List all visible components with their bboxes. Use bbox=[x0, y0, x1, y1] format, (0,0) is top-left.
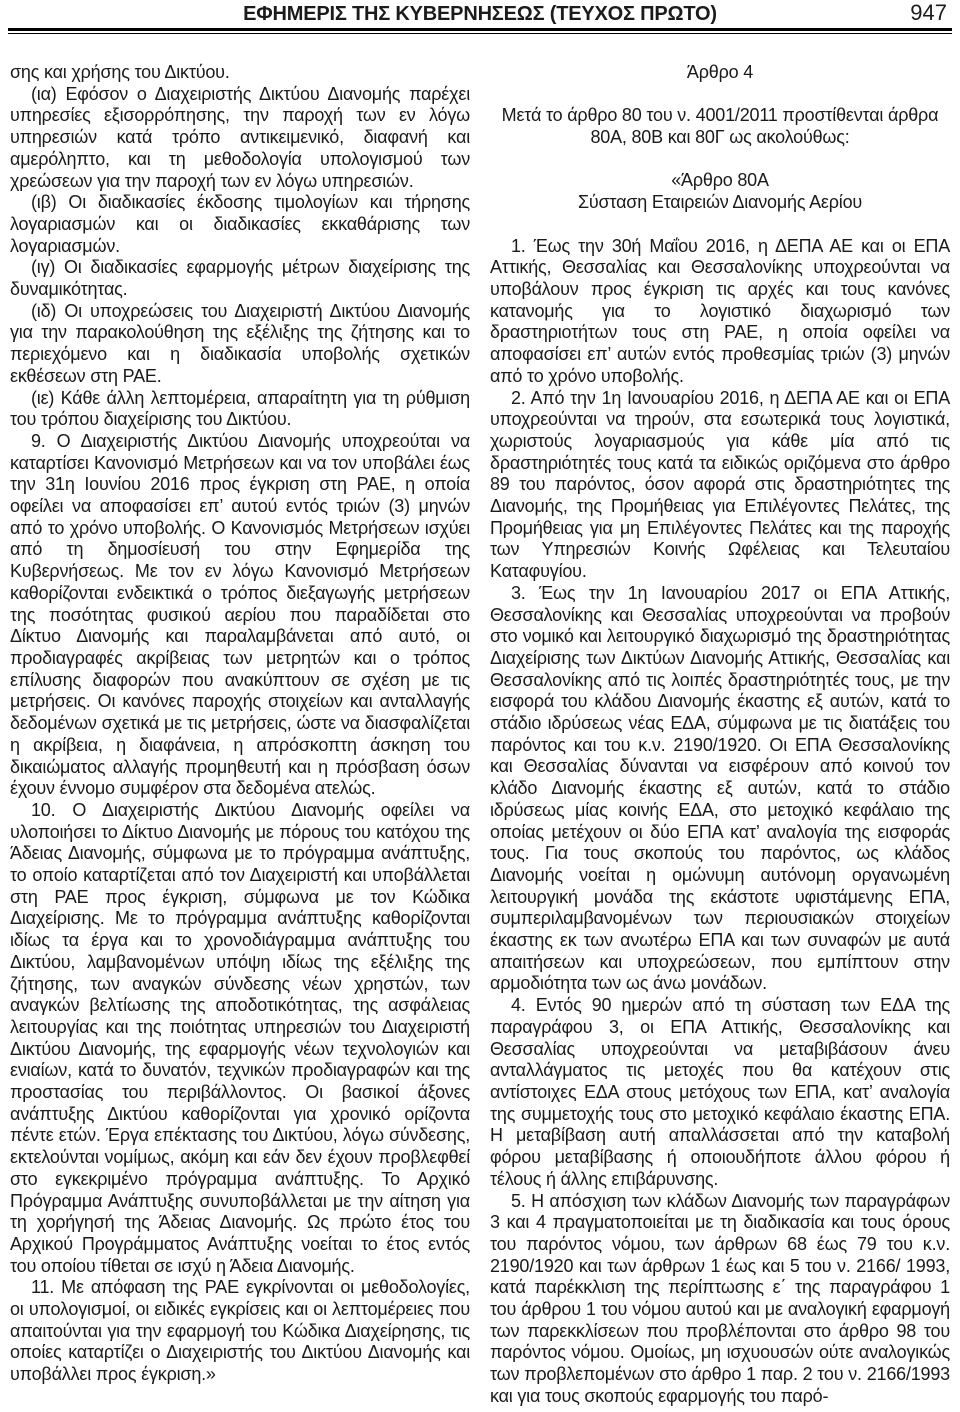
article-80a-subtitle: Σύσταση Εταιρειών Διανομής Αερίου bbox=[490, 192, 950, 214]
paragraph-4: 4. Εντός 90 ημερών από τη σύσταση των ΕΔ… bbox=[490, 995, 950, 1190]
left-text-column: σης και χρήσης του Δικτύου.(ια) Εφόσον ο… bbox=[10, 62, 470, 1408]
paragraph-10: 10. Ο Διαχειριστής Δικτύου Διανομής οφεί… bbox=[10, 800, 470, 1277]
gazette-page: ΕΦΗΜΕΡΙΣ ΤΗΣ ΚΥΒΕΡΝΗΣΕΩΣ (ΤΕΥΧΟΣ ΠΡΩΤΟ) … bbox=[0, 0, 960, 1412]
paragraph-11: 11. Με απόφαση της ΡΑΕ εγκρίνονται οι με… bbox=[10, 1277, 470, 1386]
paragraph-9: 9. Ο Διαχειριστής Δικτύου Διανομής υποχρ… bbox=[10, 431, 470, 800]
continuation-line: σης και χρήσης του Δικτύου. bbox=[10, 62, 470, 84]
article-4-heading: Άρθρο 4 bbox=[490, 62, 950, 84]
paragraph-id: (ιδ) Οι υποχρεώσεις του Διαχειριστή Δικτ… bbox=[10, 301, 470, 388]
paragraph-2: 2. Από την 1η Ιανουαρίου 2016, η ΔΕΠΑ ΑΕ… bbox=[490, 388, 950, 583]
paragraph-ig: (ιγ) Οι διαδικασίες εφαρμογής μέτρων δια… bbox=[10, 257, 470, 300]
page-number: 947 bbox=[910, 1, 947, 25]
header-divider-rule bbox=[8, 28, 952, 34]
page-header-title: ΕΦΗΜΕΡΙΣ ΤΗΣ ΚΥΒΕΡΝΗΣΕΩΣ (ΤΕΥΧΟΣ ΠΡΩΤΟ) bbox=[0, 3, 960, 25]
right-text-column: Άρθρο 4Μετά το άρθρο 80 του ν. 4001/2011… bbox=[490, 62, 950, 1408]
paragraph-ia: (ια) Εφόσον ο Διαχειριστής Δικτύου Διανο… bbox=[10, 84, 470, 193]
paragraph-5: 5. Η απόσχιση των κλάδων Διανομής των πα… bbox=[490, 1191, 950, 1408]
two-column-body: σης και χρήσης του Δικτύου.(ια) Εφόσον ο… bbox=[0, 62, 960, 1408]
article-4-intro: Μετά το άρθρο 80 του ν. 4001/2011 προστί… bbox=[490, 105, 950, 148]
paragraph-1: 1. Έως την 30ή Μαΐου 2016, η ΔΕΠΑ ΑΕ και… bbox=[490, 236, 950, 388]
page-header: ΕΦΗΜΕΡΙΣ ΤΗΣ ΚΥΒΕΡΝΗΣΕΩΣ (ΤΕΥΧΟΣ ΠΡΩΤΟ) … bbox=[0, 0, 960, 27]
paragraph-3: 3. Έως την 1η Ιανουαρίου 2017 οι ΕΠΑ Αττ… bbox=[490, 583, 950, 995]
article-80a-heading: «Άρθρο 80Α bbox=[490, 170, 950, 192]
paragraph-ib: (ιβ) Οι διαδικασίες έκδοσης τιμολογίων κ… bbox=[10, 192, 470, 257]
paragraph-ie: (ιε) Κάθε άλλη λεπτομέρεια, απαραίτητη γ… bbox=[10, 388, 470, 431]
